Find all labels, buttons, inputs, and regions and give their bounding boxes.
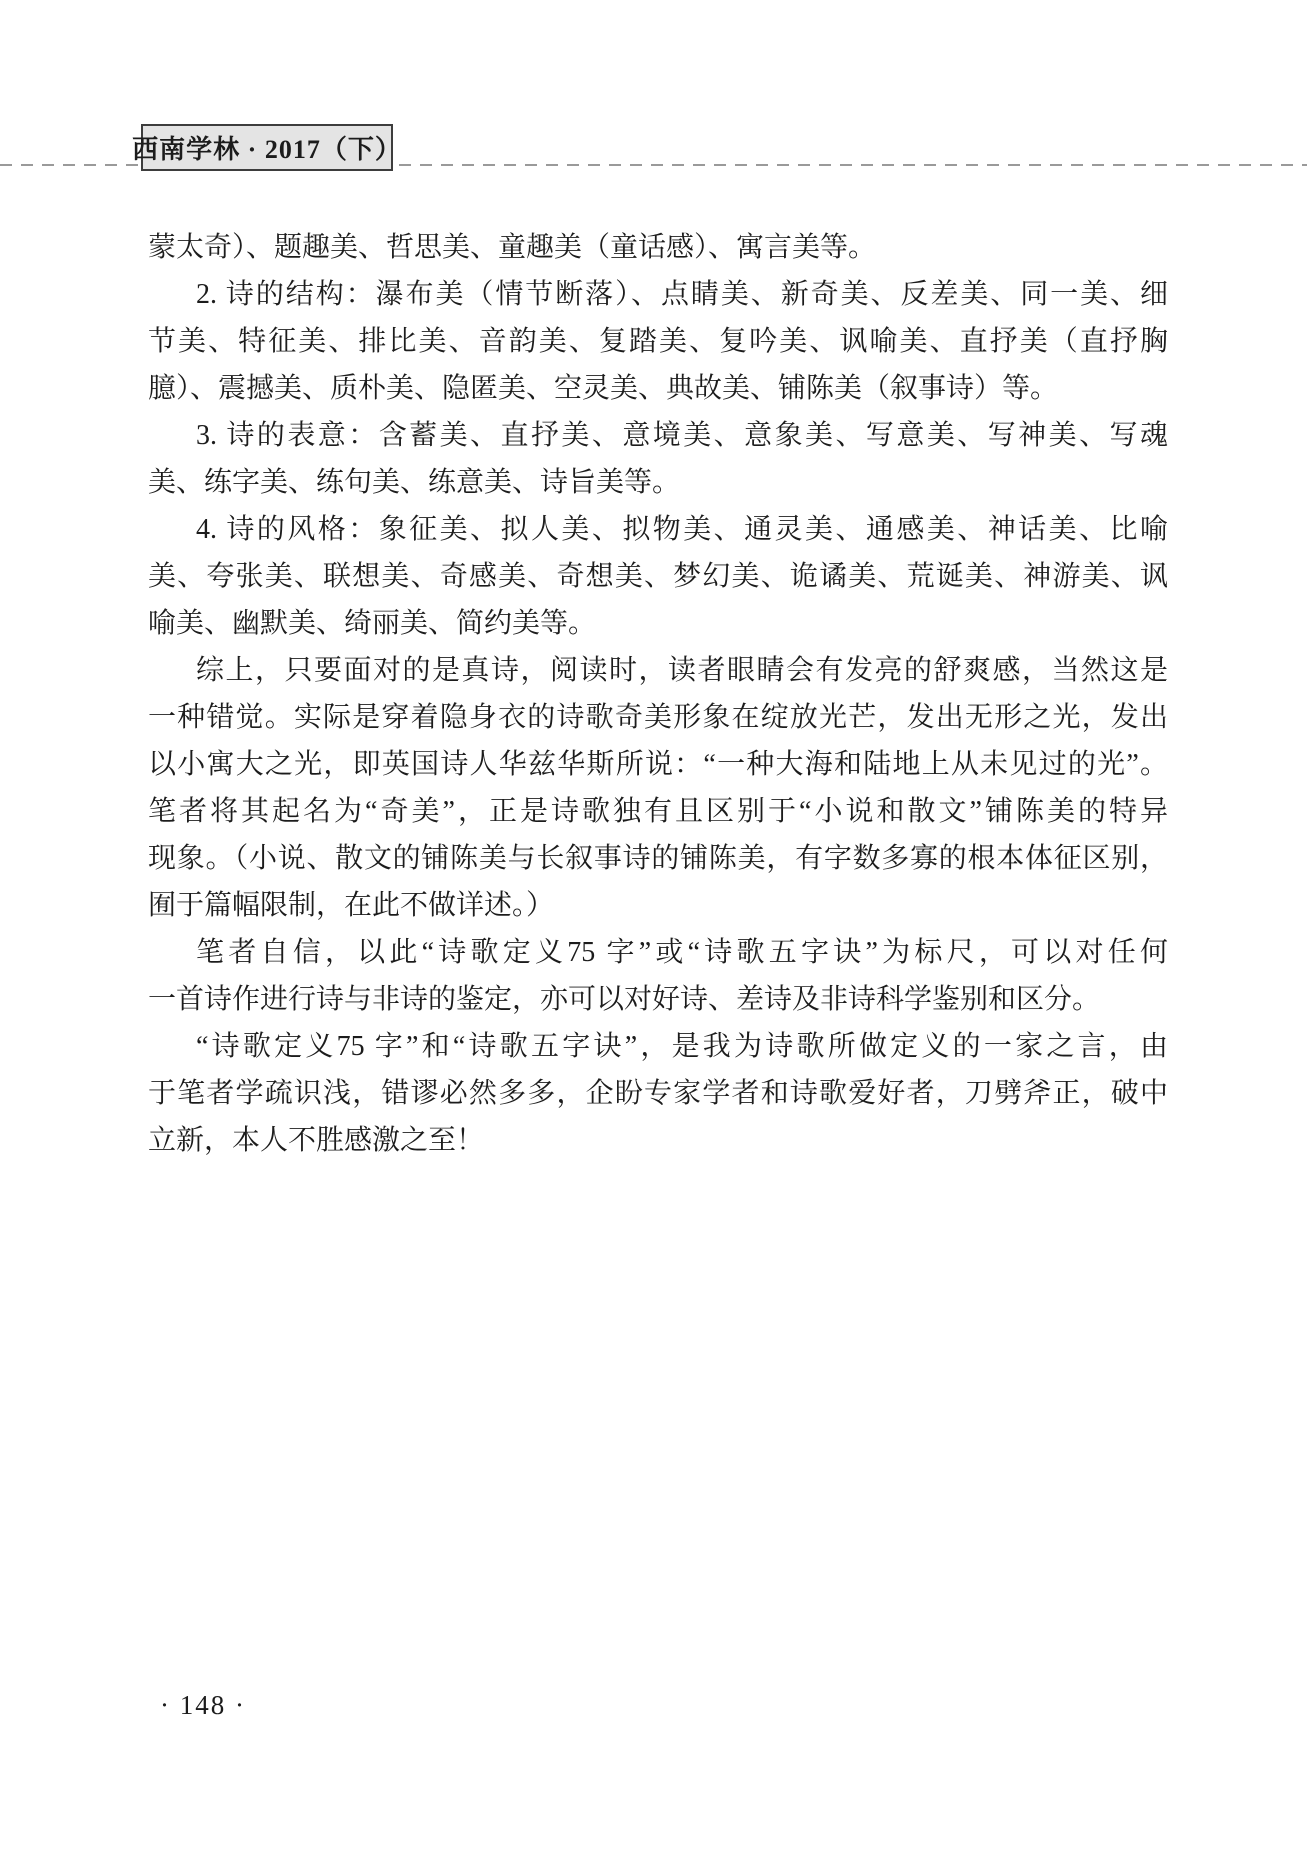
body-line: 喻美、幽默美、绮丽美、简约美等。: [148, 600, 1168, 647]
body-line: 笔者将其起名为“奇美”，正是诗歌独有且区别于“小说和散文”铺陈美的特异: [148, 788, 1168, 835]
body-line: 4. 诗的风格：象征美、拟人美、拟物美、通灵美、通感美、神话美、比喻: [148, 506, 1168, 553]
body-line: 立新，本人不胜感激之至！: [148, 1117, 1168, 1164]
body-line: 综上，只要面对的是真诗，阅读时，读者眼睛会有发亮的舒爽感，当然这是: [148, 647, 1168, 694]
body-line: 3. 诗的表意：含蓄美、直抒美、意境美、意象美、写意美、写神美、写魂: [148, 412, 1168, 459]
body-text: 蒙太奇）、题趣美、哲思美、童趣美（童话感）、寓言美等。2. 诗的结构：瀑布美（情…: [148, 224, 1168, 1164]
body-line: 蒙太奇）、题趣美、哲思美、童趣美（童话感）、寓言美等。: [148, 224, 1168, 271]
body-line: “诗歌定义75 字”和“诗歌五字诀”，是我为诗歌所做定义的一家之言，由: [148, 1023, 1168, 1070]
body-line: 以小寓大之光，即英国诗人华兹华斯所说：“一种大海和陆地上从未见过的光”。: [148, 741, 1168, 788]
document-page: 西南学林 · 2017（下） 蒙太奇）、题趣美、哲思美、童趣美（童话感）、寓言美…: [0, 0, 1307, 1859]
body-line: 一种错觉。实际是穿着隐身衣的诗歌奇美形象在绽放光芒，发出无形之光，发出: [148, 694, 1168, 741]
body-line: 现象。（小说、散文的铺陈美与长叙事诗的铺陈美，有字数多寡的根本体征区别，: [148, 835, 1168, 882]
body-line: 囿于篇幅限制，在此不做详述。）: [148, 882, 1168, 929]
body-line: 美、练字美、练句美、练意美、诗旨美等。: [148, 459, 1168, 506]
journal-title-badge: 西南学林 · 2017（下）: [141, 124, 393, 171]
body-line: 美、夸张美、联想美、奇感美、奇想美、梦幻美、诡谲美、荒诞美、神游美、讽: [148, 553, 1168, 600]
body-line: 笔者自信，以此“诗歌定义75 字”或“诗歌五字诀”为标尺，可以对任何: [148, 929, 1168, 976]
body-line: 2. 诗的结构：瀑布美（情节断落）、点睛美、新奇美、反差美、同一美、细: [148, 271, 1168, 318]
body-line: 臆）、震撼美、质朴美、隐匿美、空灵美、典故美、铺陈美（叙事诗）等。: [148, 365, 1168, 412]
body-line: 一首诗作进行诗与非诗的鉴定，亦可以对好诗、差诗及非诗科学鉴别和区分。: [148, 976, 1168, 1023]
journal-title: 西南学林 · 2017（下）: [132, 129, 402, 166]
body-line: 于笔者学疏识浅，错谬必然多多，企盼专家学者和诗歌爱好者，刀劈斧正，破中: [148, 1070, 1168, 1117]
body-line: 节美、特征美、排比美、音韵美、复踏美、复吟美、讽喻美、直抒美（直抒胸: [148, 318, 1168, 365]
page-number: · 148 ·: [160, 1690, 246, 1721]
